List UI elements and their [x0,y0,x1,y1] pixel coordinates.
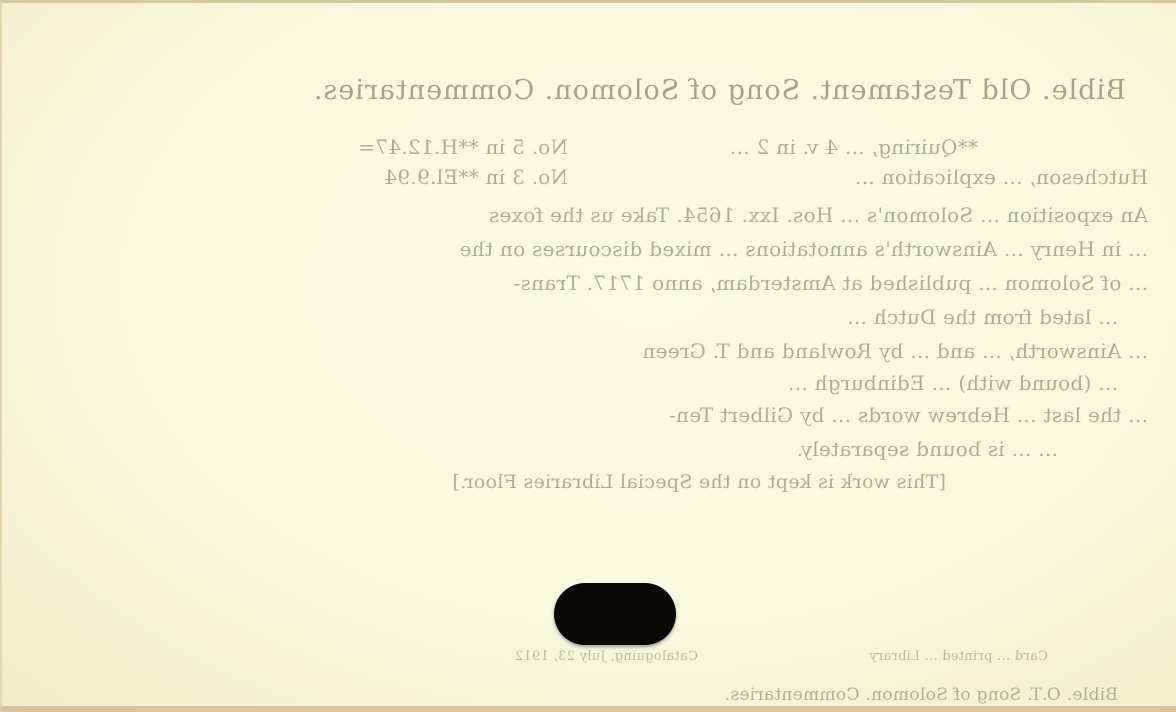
body-line-1: **Quiring, ... 4 v. in 2 ... [730,135,978,159]
body-line-8: ... (bound with) ... Edinburgh ... [788,371,1118,395]
footer-left: Card ... printed ... Library [869,649,1048,664]
body-line-9: ... the last ... Hebrew words ... by Gil… [669,403,1148,427]
body-line-6: ... lated from the Dutch ... [847,305,1118,329]
shelfmark-2: No. 3 in **El.9.94 [384,165,568,189]
body-line-5: ... of Solomon ... published at Amsterda… [513,271,1148,295]
location-note: [This work is kept on the Special Librar… [452,471,946,493]
body-line-10: ... ... is bound separately. [796,437,1058,461]
card-heading: Bible. Old Testament. Song of Solomon. C… [313,75,1126,106]
footer-right: Cataloguing, July 23, 1912 [515,649,698,664]
bottom-strip-text: Bible. O.T. Song of Solomon. Commentarie… [724,685,1118,705]
body-line-7: ... Ainsworth, ... and ... by Rowland an… [642,339,1148,363]
body-line-3: An exposition ... Solomon's ... Hos. Ixx… [489,203,1148,227]
punch-hole-icon [554,583,676,645]
body-line-4: ... in Henry ... Ainsworth's annotations… [459,237,1148,261]
catalog-card: Bible. Old Testament. Song of Solomon. C… [0,0,1176,712]
body-line-2: Hutcheson, ... explication ... [855,165,1148,189]
shelfmark-1: No. 5 in **H.12.47= [358,135,568,159]
